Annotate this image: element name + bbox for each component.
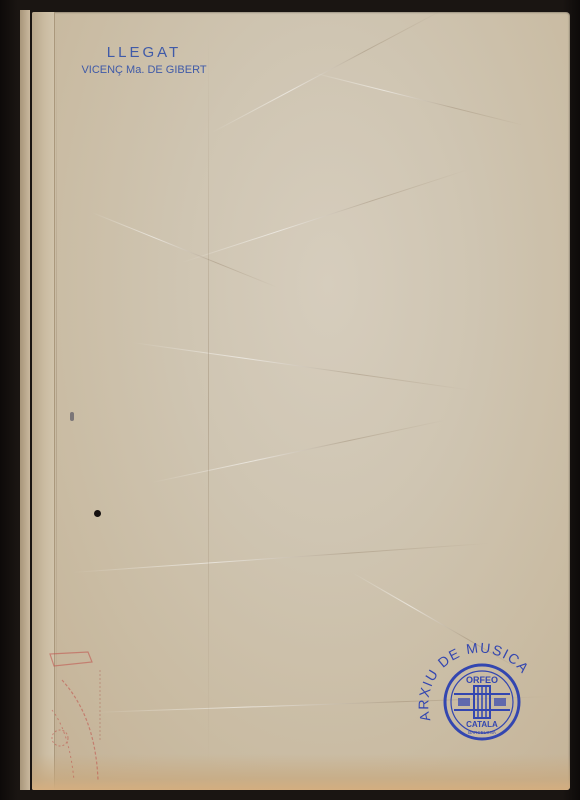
legat-donor: VICENÇ Ma. DE GIBERT — [74, 63, 214, 77]
crease — [92, 212, 278, 288]
crease — [312, 72, 526, 126]
paper-back-edge — [20, 10, 30, 790]
vertical-crease — [208, 32, 209, 772]
legat-stamp: LLEGAT VICENÇ Ma. DE GIBERT — [74, 44, 214, 77]
arxiu-de-musica-stamp: ARXIU DE MUSICA ORFEO CATALA BARCELONA — [412, 624, 542, 754]
bottom-fold — [32, 754, 570, 790]
seal-city-text: BARCELONA — [468, 730, 496, 735]
orfeo-catala-seal: ORFEO CATALA BARCELONA — [445, 665, 519, 739]
folder-cover: LLEGAT VICENÇ Ma. DE GIBERT ARXIU DE MUS… — [32, 12, 570, 790]
punch-hole — [94, 510, 101, 517]
crease — [182, 169, 468, 263]
seal-bottom-text: CATALA — [466, 720, 498, 729]
seal-top-text: ORFEO — [466, 675, 498, 685]
ink-smudge — [70, 412, 74, 421]
faded-red-stamp — [40, 640, 110, 790]
crease — [152, 420, 446, 483]
legat-title: LLEGAT — [74, 44, 214, 62]
crease — [72, 543, 491, 573]
crease — [132, 342, 469, 390]
crease — [212, 12, 442, 133]
